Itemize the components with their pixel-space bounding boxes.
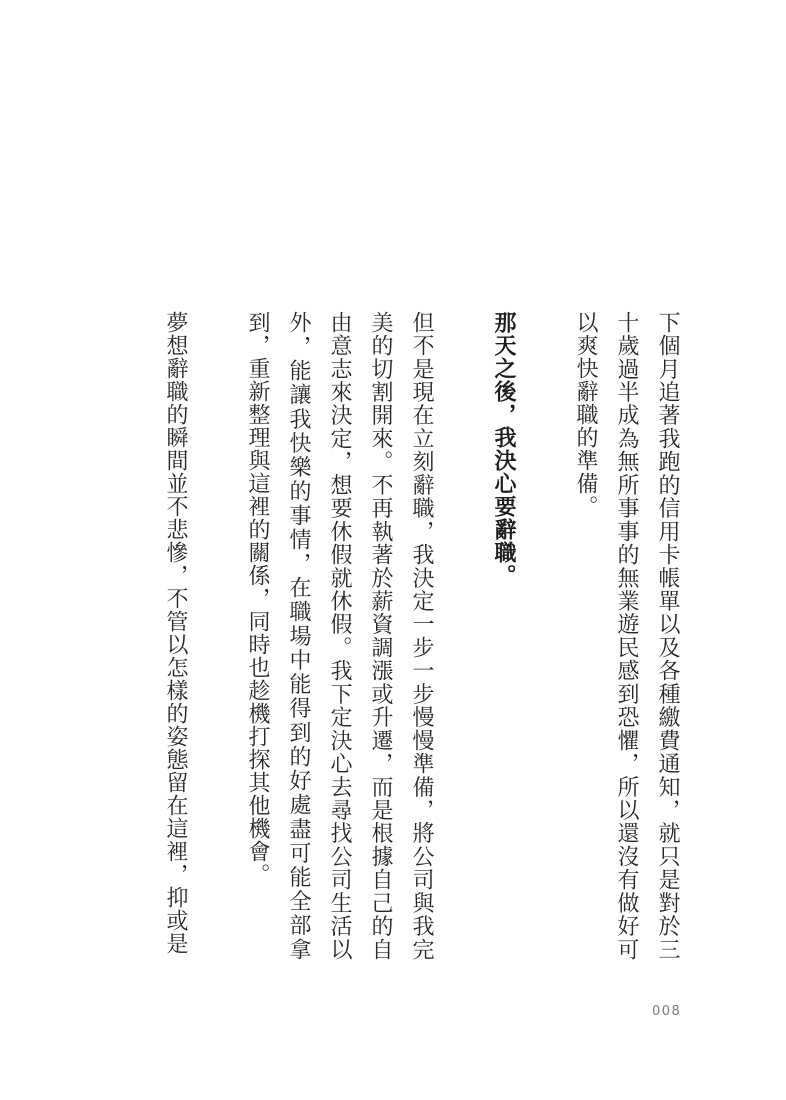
paragraph-step-by-step-preparation: 但不是現在立刻辭職，我決定一步一步慢慢準備，將公司與我完美的切割開來。不再執著於… <box>238 311 443 961</box>
book-page: 下個月追著我跑的信用卡帳單以及各種繳費通知，就只是對於三十歲過半成為無所事事的無… <box>0 0 786 1100</box>
page-number: 008 <box>652 1004 681 1019</box>
paragraph-credit-card-fear: 下個月追著我跑的信用卡帳單以及各種繳費通知，就只是對於三十歲過半成為無所事事的無… <box>566 311 689 961</box>
section-heading-decided-to-quit: 那天之後，我決心要辭職。 <box>484 311 525 961</box>
vertical-text-block: 下個月追著我跑的信用卡帳單以及各種繳費通知，就只是對於三十歲過半成為無所事事的無… <box>156 311 689 961</box>
paragraph-dreaming-of-quitting: 夢想辭職的瞬間並不悲慘，不管以怎樣的姿態留在這裡，抑或是 <box>156 311 197 961</box>
